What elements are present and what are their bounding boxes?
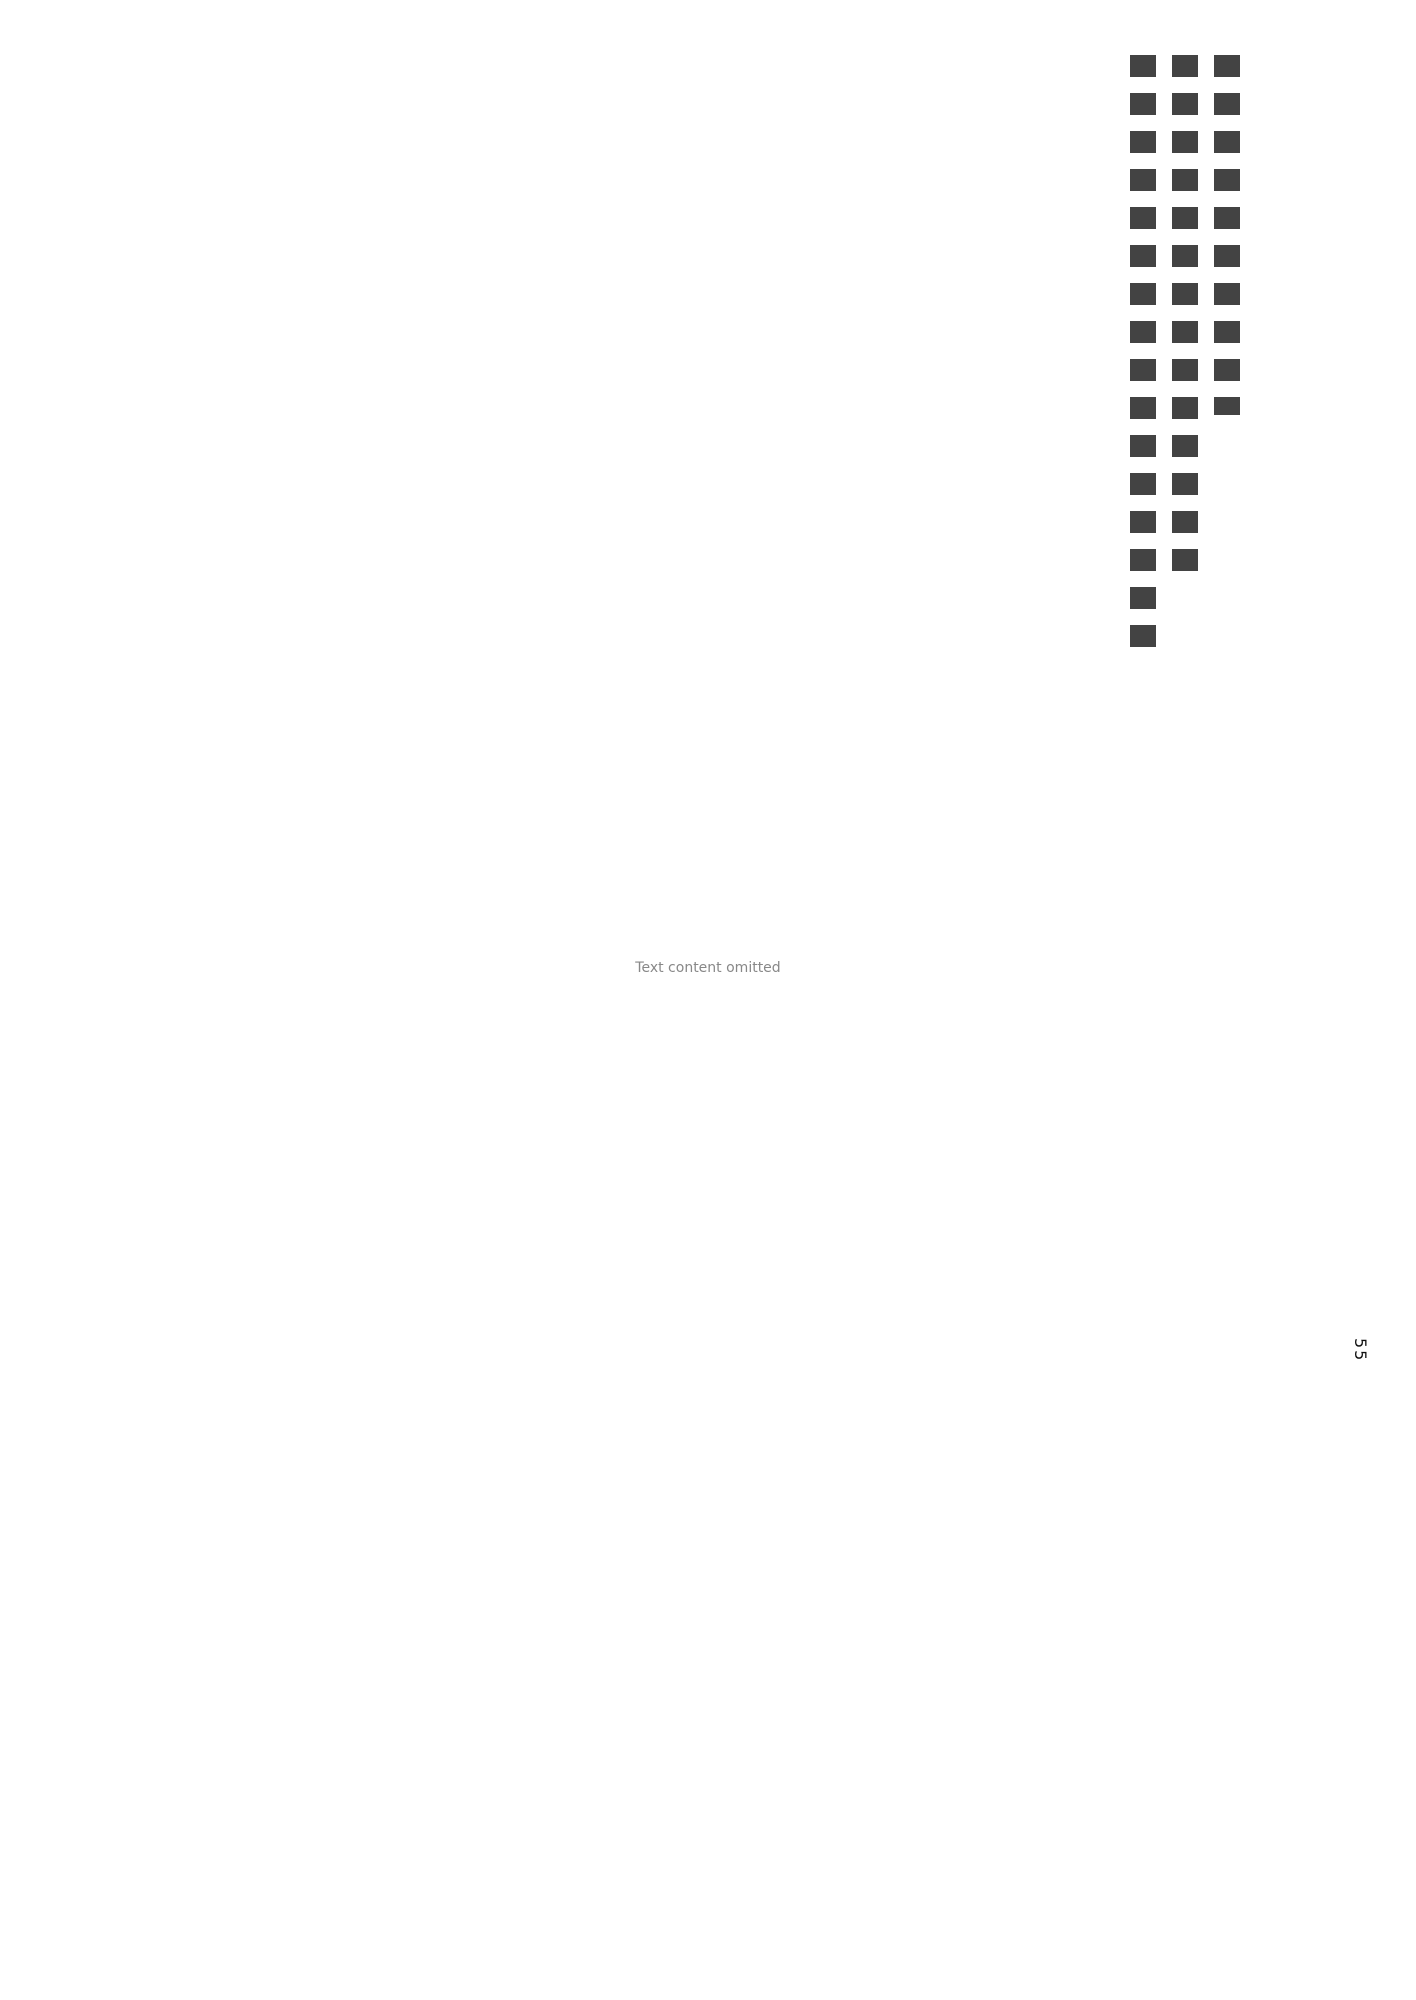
text-block-middle	[120, 710, 1240, 1330]
content-notice: Text content omitted	[0, 960, 1416, 976]
text-block-top	[120, 55, 1240, 695]
text-block-bottom	[120, 1350, 1240, 1950]
document-page: Text content omitted 55	[0, 0, 1416, 2000]
page-number: 55	[1351, 1338, 1370, 1362]
